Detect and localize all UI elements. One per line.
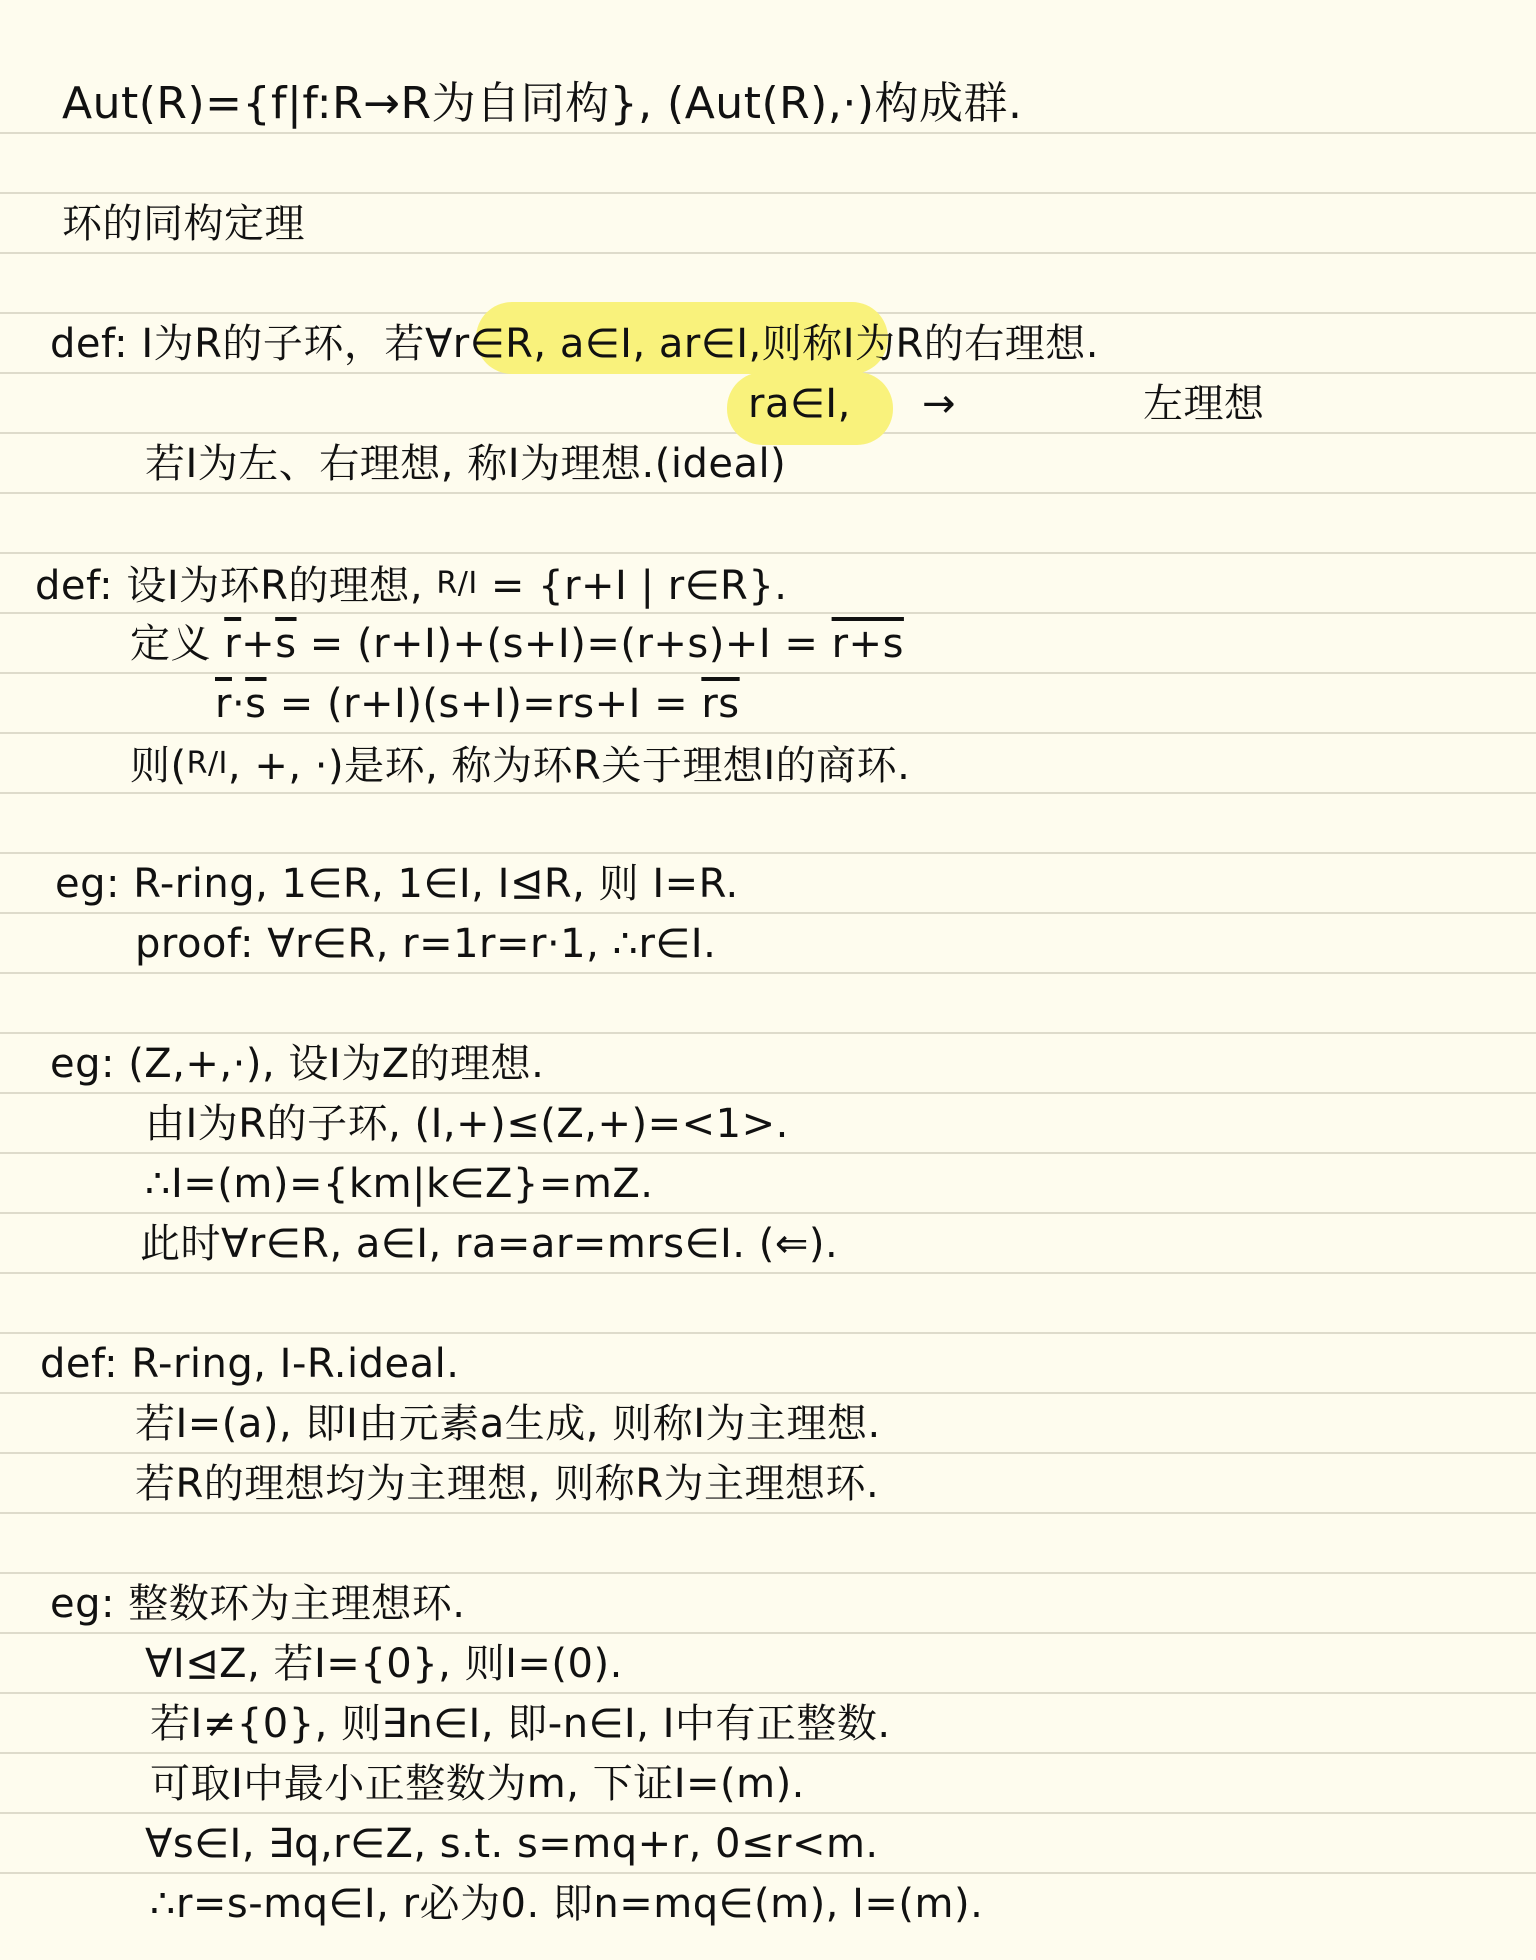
example-pid: eg: 整数环为主理想环.	[50, 1576, 465, 1632]
example-pid-line2: 若I≠{0}, 则∃n∈I, 即-n∈I, I中有正整数.	[150, 1696, 891, 1752]
quotient-fraction: R/I	[436, 556, 477, 612]
principal-ideal-line1: 若I=(a), 即I由元素a生成, 则称I为主理想.	[135, 1396, 881, 1452]
ruled-line	[0, 672, 1536, 674]
principal-ideal-line2: 若R的理想均为主理想, 则称R为主理想环.	[135, 1456, 879, 1512]
ideal-def-prefix: def: I为R的子环，若	[50, 321, 425, 367]
left-ideal-condition: ra∈I,	[748, 376, 851, 432]
dot-sign: ·	[232, 681, 245, 727]
arrow-icon: →	[922, 376, 956, 432]
qr-prefix: 则(	[130, 743, 187, 789]
ruled-line	[0, 552, 1536, 554]
ideal-def-highlight: ∀r∈R, a∈I, ar∈I,	[425, 321, 762, 367]
ideal-definition: def: I为R的子环，若∀r∈R, a∈I, ar∈I,则称I为R的右理想.	[50, 316, 1099, 372]
coset-product: rs	[701, 681, 739, 727]
ruled-line	[0, 1452, 1536, 1454]
ruled-line	[0, 1512, 1536, 1514]
ruled-line	[0, 732, 1536, 734]
quotient-fraction: R/I	[187, 736, 228, 792]
plus-sign: +	[241, 621, 275, 667]
example-integers-line3: 此时∀r∈R, a∈I, ra=ar=mrs∈I. (⇐).	[140, 1216, 838, 1272]
example-unit-ideal: eg: R-ring, 1∈R, 1∈I, I⊴R, 则 I=R.	[55, 856, 739, 912]
quotient-def-text: def: 设I为环R的理想,	[35, 563, 436, 609]
example-pid-line4: ∀s∈I, ∃q,r∈Z, s.t. s=mq+r, 0≤r<m.	[145, 1816, 879, 1872]
example-pid-line1: ∀I⊴Z, 若I={0}, 则I=(0).	[145, 1636, 623, 1692]
principal-ideal-definition: def: R-ring, I-R.ideal.	[40, 1336, 459, 1392]
ruled-line	[0, 1152, 1536, 1154]
example-pid-line3: 可取I中最小正整数为m, 下证I=(m).	[150, 1756, 805, 1812]
ideal-def-suffix: 则称I为R的右理想.	[762, 321, 1099, 367]
ruled-line	[0, 1392, 1536, 1394]
two-sided-ideal: 若I为左、右理想, 称I为理想.(ideal)	[145, 436, 786, 492]
ruled-line	[0, 1332, 1536, 1334]
coset-r: r	[224, 621, 241, 667]
ruled-line	[0, 252, 1536, 254]
ruled-line	[0, 1032, 1536, 1034]
ruled-line	[0, 972, 1536, 974]
coset-sum: r+s	[832, 621, 904, 667]
coset-s: s	[275, 621, 296, 667]
coset-s: s	[245, 681, 266, 727]
ruled-line	[0, 612, 1536, 614]
ruled-line	[0, 1572, 1536, 1574]
addition-definition: 定义 r+s = (r+I)+(s+I)=(r+s)+I = r+s	[130, 616, 904, 672]
example-integers-line2: ∴I=(m)={km|k∈Z}=mZ.	[145, 1156, 653, 1212]
quotient-ring-statement: 则(R/I, +, ·)是环, 称为环R关于理想I的商环.	[130, 736, 910, 792]
ruled-line	[0, 852, 1536, 854]
left-ideal-label: 左理想	[1143, 376, 1265, 432]
ruled-line	[0, 1752, 1536, 1754]
ruled-line	[0, 492, 1536, 494]
notebook-page: Aut(R)={f|f:R→R为自同构}, (Aut(R),·)构成群. 环的同…	[0, 0, 1536, 1960]
example-pid-line5: ∴r=s-mq∈I, r必为0. 即n=mq∈(m), I=(m).	[150, 1876, 983, 1932]
addition-expansion: = (r+I)+(s+I)=(r+s)+I =	[297, 621, 832, 667]
ruled-line	[0, 1272, 1536, 1274]
ruled-line	[0, 1092, 1536, 1094]
example-integers: eg: (Z,+,·), 设I为Z的理想.	[50, 1036, 544, 1092]
ruled-line	[0, 132, 1536, 134]
ruled-line	[0, 792, 1536, 794]
ruled-line	[0, 1212, 1536, 1214]
ruled-line	[0, 912, 1536, 914]
coset-r: r	[215, 681, 232, 727]
ruled-line	[0, 1812, 1536, 1814]
example-unit-ideal-proof: proof: ∀r∈R, r=1r=r·1, ∴r∈I.	[135, 916, 716, 972]
ruled-line	[0, 1632, 1536, 1634]
multiplication-definition: r·s = (r+I)(s+I)=rs+I = rs	[215, 676, 740, 732]
ruled-line	[0, 1872, 1536, 1874]
ruled-line	[0, 1692, 1536, 1694]
multiplication-expansion: = (r+I)(s+I)=rs+I =	[267, 681, 702, 727]
quotient-def-set: = {r+I | r∈R}.	[478, 563, 788, 609]
qr-suffix: , +, ·)是环, 称为环R关于理想I的商环.	[228, 743, 910, 789]
aut-definition: Aut(R)={f|f:R→R为自同构}, (Aut(R),·)构成群.	[62, 76, 1022, 132]
section-title: 环的同构定理	[62, 196, 305, 252]
ruled-line	[0, 192, 1536, 194]
quotient-definition: def: 设I为环R的理想, R/I = {r+I | r∈R}.	[35, 556, 788, 612]
example-integers-line1: 由I为R的子环, (I,+)≤(Z,+)=<1>.	[145, 1096, 789, 1152]
define-label: 定义	[130, 621, 224, 667]
